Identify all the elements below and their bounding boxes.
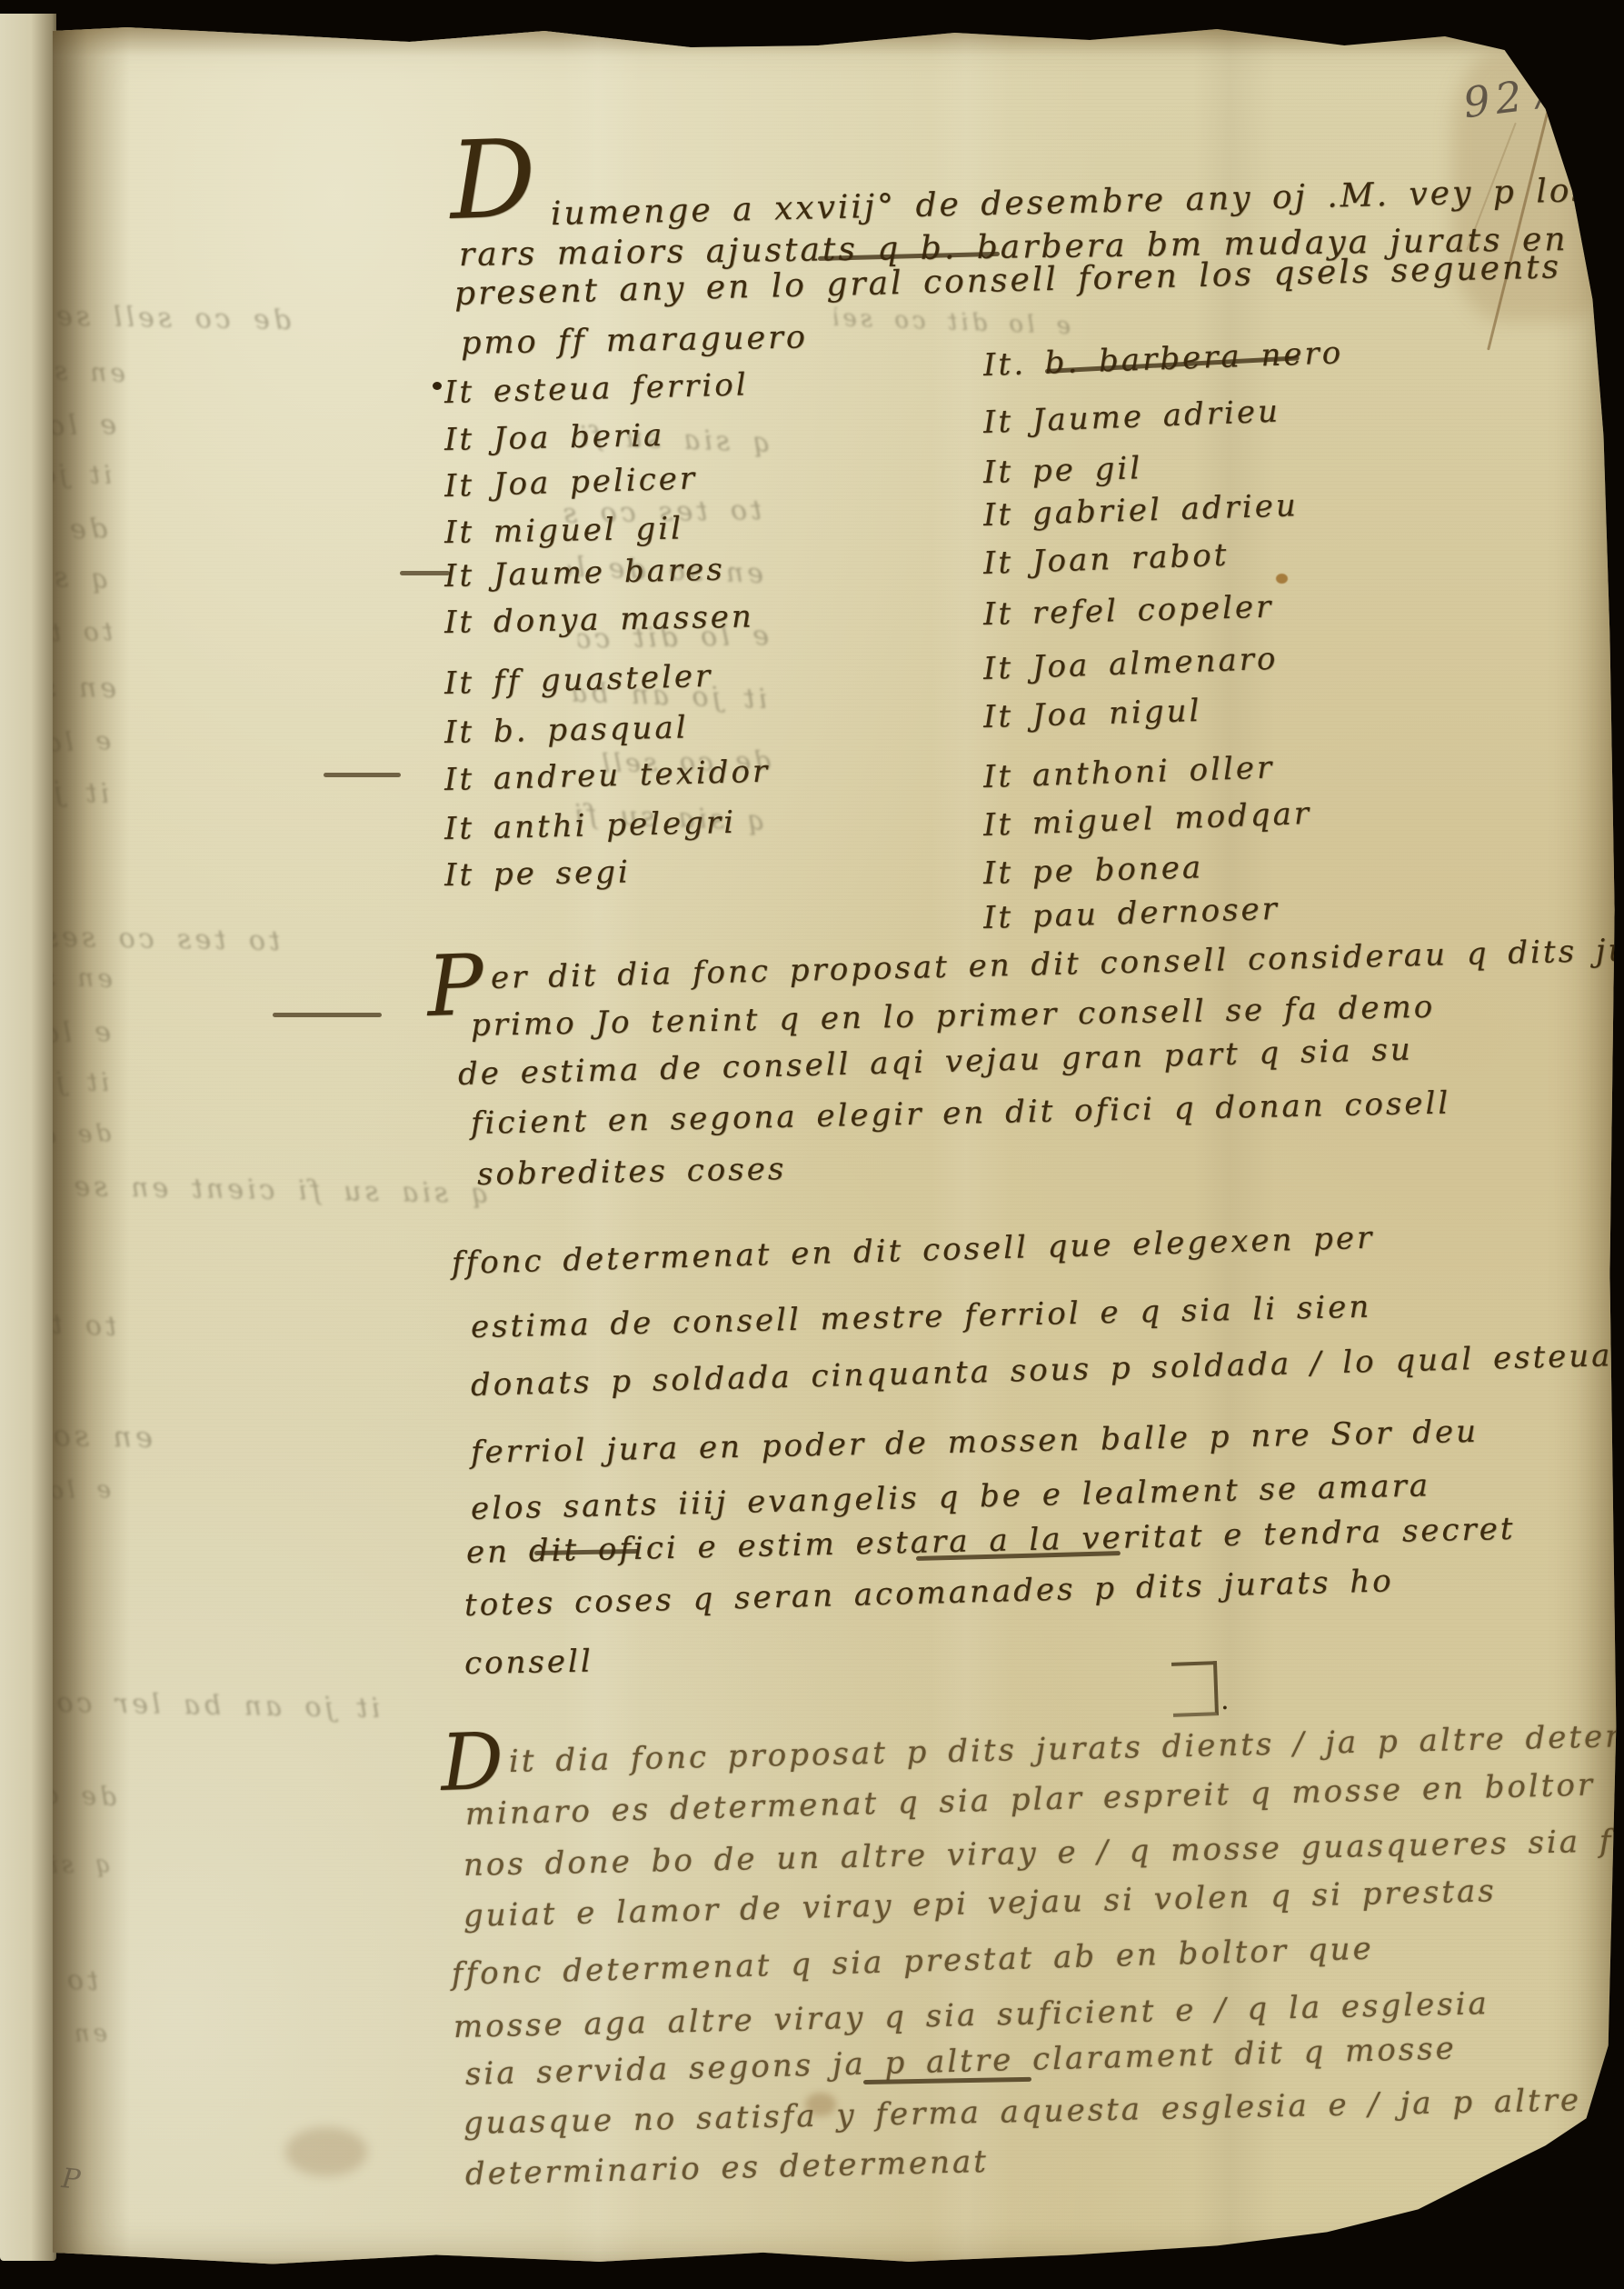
attendee-name: It refel copeler bbox=[982, 589, 1273, 633]
attendee-name: It b. pasqual bbox=[444, 709, 689, 751]
margin-dash bbox=[400, 571, 450, 575]
ink-dot bbox=[433, 382, 442, 390]
bleedthrough-ghost-text: e lo dit co sell de ma na q bbox=[834, 305, 1071, 340]
photograph-background: en so de la vne co ma des ee lo dit co s… bbox=[0, 0, 1624, 2289]
body-line: er dit dia fonc proposat en dit consell … bbox=[491, 930, 1624, 996]
attendee-name: It ff guasteler bbox=[443, 658, 712, 702]
body-line: estima de consell mestre ferriol e q sia… bbox=[471, 1289, 1372, 1345]
margin-dash bbox=[273, 1013, 382, 1017]
attendee-name: It miguel modqar bbox=[982, 795, 1311, 844]
attendee-name: It Joa nigul bbox=[982, 693, 1201, 735]
attendee-name: It gabriel adrieu bbox=[982, 487, 1299, 534]
attendee-name: It pe segi bbox=[444, 854, 631, 894]
body-line: totes coses q seran acomanades p dits ju… bbox=[463, 1563, 1394, 1624]
attendee-name: It Joa beria bbox=[444, 417, 665, 458]
previous-page-edge bbox=[0, 14, 56, 2261]
attendee-name: It anthoni oller bbox=[982, 749, 1274, 795]
body-line: ffonc determenat en dit cosell que elege… bbox=[451, 1220, 1374, 1282]
attendee-name: It Jaume bares bbox=[444, 551, 726, 595]
rust-stain bbox=[1276, 574, 1288, 584]
attendee-name: It pe gil bbox=[982, 450, 1142, 491]
attendee-name: It Joa almenaro bbox=[982, 641, 1279, 687]
margin-dash bbox=[324, 773, 401, 777]
body-line: sobredites coses bbox=[477, 1151, 787, 1193]
body-line: ferriol jura en poder de mossen balle p … bbox=[471, 1414, 1480, 1471]
attendee-name: It donya massen bbox=[444, 598, 754, 641]
body-line: guasque no satisfa y ferma aquesta esgle… bbox=[463, 2082, 1582, 2142]
attendee-name: It miguel gil bbox=[444, 510, 684, 551]
body-line: donats p soldada cinquanta sous p soldad… bbox=[470, 1337, 1612, 1404]
attendee-name: It Joan rabot bbox=[982, 537, 1230, 582]
body-line: consell bbox=[464, 1644, 593, 1682]
attendee-name: It pe bonea bbox=[982, 849, 1203, 892]
heading-initial: D bbox=[448, 125, 541, 235]
body-line: guiat e lamor de viray epi vejau si vole… bbox=[463, 1873, 1498, 1934]
manuscript-page: en so de la vne co ma des ee lo dit co s… bbox=[53, 13, 1624, 2289]
attendee-name: It pau dernoser bbox=[982, 891, 1280, 936]
paragraph-initial: D bbox=[439, 1723, 507, 1803]
body-line: ficient en segona elegir en dit ofici q … bbox=[471, 1085, 1451, 1142]
attendee-name: It Jaume adrieu bbox=[982, 393, 1280, 441]
body-line: ffonc determenat q sia prestat ab en bol… bbox=[451, 1931, 1374, 1993]
attendee-name: It anthi pelegri bbox=[444, 805, 737, 847]
attendee-name: It esteua ferriol bbox=[443, 366, 749, 411]
binding-gutter-shadow bbox=[53, 13, 130, 2289]
brown-blotch bbox=[285, 2127, 367, 2176]
folio-number: 927 bbox=[1460, 67, 1562, 127]
paragraph-mark bbox=[1171, 1661, 1219, 1717]
attendee-left-header: pmo ff maraguero bbox=[461, 319, 809, 362]
attendee-name: It andreu texidor bbox=[443, 754, 770, 798]
body-line: determinario es determenat bbox=[465, 2144, 990, 2193]
